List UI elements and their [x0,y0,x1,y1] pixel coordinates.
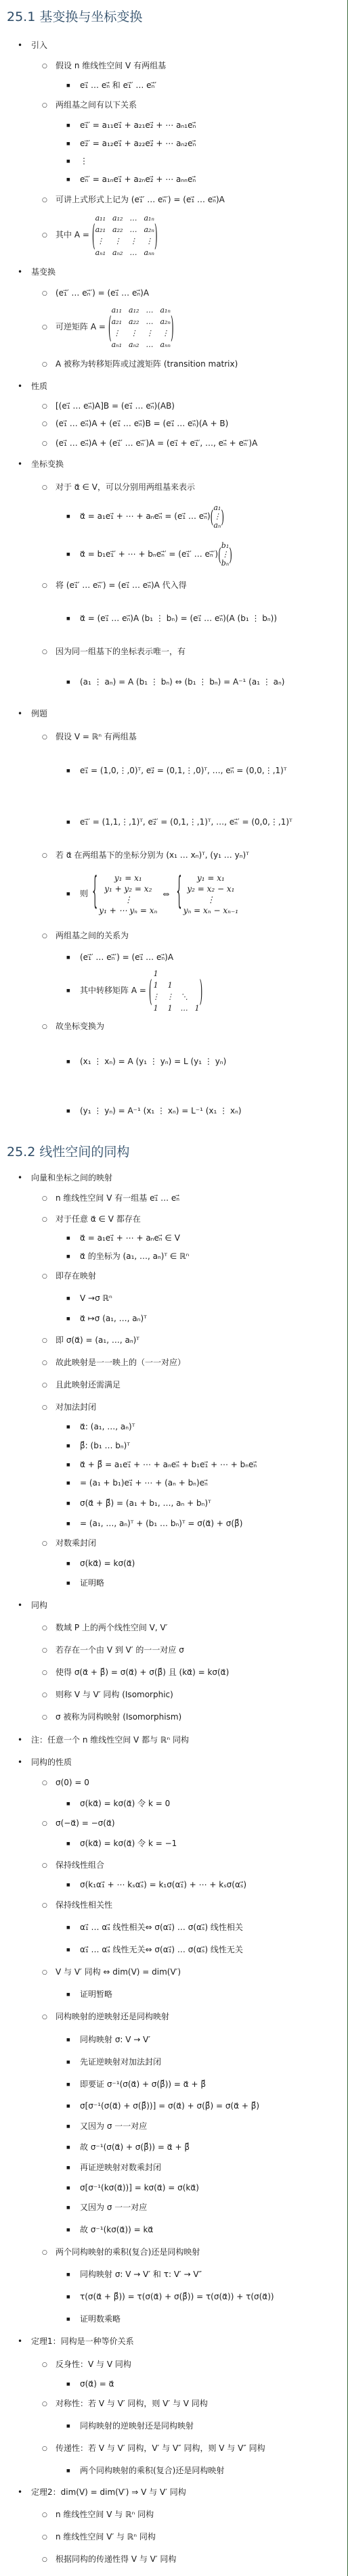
matrix-cell: a₁ₙ [144,212,154,224]
matrix-cell: ⋱ [181,991,188,1003]
list-item-level-2: 可讲上式形式上记为 (e₁⃗′ … eₙ⃗′) = (e₁⃗ … eₙ⃗)A [56,193,225,206]
matrix-cell: ⋮ [112,327,122,339]
item-text: 因为同一组基下的坐标表示唯一，有 [56,647,186,656]
list-item-level-3: α₁⃗ … αₛ⃗ 线性无关⇔ σ(α₁⃗) … σ(αₛ⃗) 线性无关 [80,1943,243,1956]
item-text: V →σ ℝⁿ [80,1293,112,1303]
list-item-level-1: 同构 [31,1599,47,1611]
item-text: 两个同构映射的乘积(复合)还是同构映射 [80,2466,224,2475]
item-text: 两个同构映射的乘积(复合)还是同构映射 [56,2247,200,2257]
list-item-level-3: σ(k₁α₁⃗ + ⋯ kₛαₛ⃗) = k₁σ(α₁⃗) + ⋯ + kₛσ(… [80,1879,246,1891]
list-item-level-1: 性质 [31,380,47,392]
item-text: = (a₁, …, aₙ)ᵀ + (b₁ … bₙ)ᵀ = σ(α⃗) + σ(… [80,1519,242,1528]
matrix-cell: a₁₁ [112,304,122,316]
item-text: 引入 [31,41,47,50]
item-text: σ 被称为同构映射 (Isomorphism) [56,1712,181,1722]
item-text: 同构 [31,1601,47,1610]
item-text: 对于 α⃗ ∈ V，可以分别用两组基来表示 [56,482,195,492]
matrix-cell [195,980,200,991]
item-text: 同构映射 σ: V → V′ 和 τ: V′ → V″ [80,2270,202,2279]
item-text: 使得 σ(α⃗ + β⃗) = σ(α⃗) + σ(β⃗) 且 (kα⃗) = … [56,1667,229,1677]
item-text: 例题 [31,709,47,718]
list-item-level-2: A 被称为转移矩阵或过渡矩阵 (transition matrix) [56,358,238,370]
item-text: σ(α⃗) = α⃗ [80,2379,114,2389]
vector-entries: b₁⋮bₙ [221,541,230,568]
item-text: 假设 V = ℝⁿ 有两组基 [56,732,137,741]
left-paren: ( [149,906,152,1076]
item-text: 可逆矩阵 A = [56,322,106,331]
list-item-level-3: 同构映射 σ: V → V′ [80,2033,150,2046]
item-text: (y₁ ⋮ yₙ) = A⁻¹ (x₁ ⋮ xₙ) = L⁻¹ (x₁ ⋮ xₙ… [80,1106,242,1115]
matrix-cell: a₂₁ [112,316,122,327]
item-text: α⃗: (a₁, …, aₙ)ᵀ [80,1422,135,1431]
item-text: = (a₁ + b₁)e₁⃗ + ⋯ + (aₙ + bₙ)eₙ⃗ [80,1478,208,1488]
item-text: 故 σ⁻¹(σ(α⃗) + σ(β⃗)) = α⃗ + β⃗ [80,2142,190,2152]
item-text: 故此映射是一一映上的（一一对应） [56,1358,186,1367]
matrix-cell: ⋮ [112,235,123,247]
list-item-level-3: 即要证 σ⁻¹(σ(α⃗) + σ(β⃗)) = α⃗ + β⃗ [80,2078,206,2090]
list-item-level-2: [(e₁⃗ … eₙ⃗)A]B = (e₁⃗ … eₙ⃗)(AB) [56,400,175,412]
list-item-level-2: 故此映射是一一映上的（一一对应） [56,1356,186,1368]
item-text: 保持线性相关性 [56,1900,112,1910]
list-item-level-2: 对于任意 α⃗ ∈ V 都存在 [56,1213,141,1225]
item-text: 同构映射的逆映射还是同构映射 [80,2421,194,2431]
list-item-level-2: (e₁⃗ … eₙ⃗)A + (e₁⃗ … eₙ⃗)B = (e₁⃗ … eₙ⃗… [56,417,228,430]
item-text: e₁⃗′ = (1,1,⋮,1)ᵀ, e₂⃗′ = (0,1,⋮,1)ᵀ, …,… [80,817,292,827]
list-item-level-2: 则称 V 与 V′ 同构 (Isomorphic) [56,1688,173,1701]
matrix-grid: 111⋮⋮⋱11…1 [152,968,200,1014]
matrix-cell: ⋮ [160,327,170,339]
item-text: 对称性：若 V 与 V′ 同构，则 V′ 与 V 同构 [56,2399,208,2408]
item-text: 则 [80,889,88,898]
vector-entry: bₙ [221,559,230,568]
item-text: 定理2：dim(V) = dim(V′) ⇒ V 与 V′ 同构 [31,2487,186,2497]
matrix-cell: … [129,224,137,235]
list-item-level-3: e₁⃗ = (1,0,⋮,0)ᵀ, e₂⃗ = (0,1,⋮,0)ᵀ, …, e… [80,764,286,777]
matrix: (a₁₁a₁₂…a₁ₙa₂₁a₂₂…a₂ₙ⋮⋮⋮⋮aₙ₁aₙ₂…aₙₙ) [92,212,158,259]
item-text: 注：任意一个 n 维线性空间 V 都与 ℝⁿ 同构 [31,1735,189,1745]
matrix-cell: a₁₁ [95,212,106,224]
list-item-level-3: 先证逆映射对加法封闭 [80,2056,161,2068]
item-text: (e₁⃗ … eₙ⃗)A + (e₁⃗ … eₙ⃗)B = (e₁⃗ … eₙ⃗… [56,419,228,428]
list-item-level-3: e₁⃗ … eₙ⃗ 和 e₁⃗′ … eₙ⃗′ [80,79,156,91]
right-paren: ) [229,522,232,587]
matrix-cell: … [129,247,137,258]
list-item-level-3: 其中转移矩阵 A =(111⋮⋮⋱11…1) [80,967,202,1015]
matrix-cell: 1 [167,1003,174,1014]
item-text: e₂⃗′ = a₁₂e₁⃗ + a₂₂e₂⃗ + ⋯ aₙ₂eₙ⃗ [80,139,196,148]
matrix-grid: a₁₁a₁₂…a₁ₙa₂₁a₂₂…a₂ₙ⋮⋮⋮⋮aₙ₁aₙ₂…aₙₙ [112,304,171,350]
item-text: 两组基之间有以下关系 [56,100,137,110]
list-item-level-2: 假设 n 维线性空间 V 有两组基 [56,60,166,72]
matrix-cell: aₙₙ [160,339,170,350]
list-item-level-3: (y₁ ⋮ yₙ) = A⁻¹ (x₁ ⋮ xₙ) = L⁻¹ (x₁ ⋮ xₙ… [80,1105,242,1117]
item-text: 同构映射的逆映射还是同构映射 [56,2012,169,2021]
list-item-level-2: 对数乘封闭 [56,1537,96,1549]
matrix-cell: a₂₁ [95,224,106,235]
matrix-cell: 1 [195,1003,200,1014]
matrix-cell: ⋮ [95,235,106,247]
item-text: σ[σ⁻¹(kσ(α⃗))] = kσ(α⃗) = σ(kα⃗) [80,2183,199,2192]
list-item-level-2: n 维线性空间 V 有一组基 e₁⃗ … eₙ⃗ [56,1192,179,1204]
item-text: 假设 n 维线性空间 V 有两组基 [56,61,166,70]
matrix-grid: a₁₁a₁₂…a₁ₙa₂₁a₂₂…a₂ₙ⋮⋮⋮⋮aₙ₁aₙ₂…aₙₙ [95,212,154,258]
matrix-cell: aₙ₁ [112,339,122,350]
matrix-cell: a₂₂ [129,316,139,327]
equivalence-symbol: ⇔ [162,871,169,918]
list-item-level-3: α⃗ + β⃗ = a₁e₁⃗ + ⋯ + aₙeₙ⃗ + b₁e₁⃗ + ⋯ … [80,1458,257,1471]
item-text: σ(−α⃗) = −σ(α⃗) [56,1818,115,1828]
matrix-cell [195,991,200,1003]
list-item-level-3: 证明暂略 [80,1988,112,2000]
list-item-level-2: 其中 A =(a₁₁a₁₂…a₁ₙa₂₁a₂₂…a₂ₙ⋮⋮⋮⋮aₙ₁aₙ₂…aₙ… [56,211,158,259]
item-text: α₁⃗ … αₛ⃗ 线性相关⇔ σ(α₁⃗) … σ(αₛ⃗) 线性相关 [80,1923,243,1932]
list-item-level-3: e₁⃗′ = a₁₁e₁⃗ + a₂₁e₂⃗ + ⋯ aₙ₁eₙ⃗ [80,119,196,131]
item-text: 同构映射 σ: V → V′ [80,2035,150,2044]
item-text: σ(α⃗ + β⃗) = (a₁ + b₁, …, aₙ + bₙ)ᵀ [80,1498,211,1508]
item-text: 性质 [31,382,47,391]
list-item-level-3: σ(α⃗) = α⃗ [80,2378,114,2390]
item-text: (a₁ ⋮ aₙ) = A (b₁ ⋮ bₙ) ⇔ (b₁ ⋮ bₙ) = A⁻… [80,677,284,687]
list-item-level-3: 又因为 σ 一一对应 [80,2120,147,2132]
list-item-level-3: (a₁ ⋮ aₙ) = A (b₁ ⋮ bₙ) ⇔ (b₁ ⋮ bₙ) = A⁻… [80,676,284,688]
matrix-cell [167,968,174,980]
matrix-cell: a₁₂ [129,304,139,316]
item-text: (e₁⃗ … eₙ⃗)A + (e₁⃗′ … eₙ⃗′)A = (e₁⃗ + e… [56,438,257,448]
list-item-level-2: (e₁⃗ … eₙ⃗)A + (e₁⃗′ … eₙ⃗′)A = (e₁⃗ + e… [56,437,257,449]
item-text: σ(0) = 0 [56,1778,89,1787]
list-item-level-3: = (a₁, …, aₙ)ᵀ + (b₁ … bₙ)ᵀ = σ(α⃗) + σ(… [80,1517,242,1529]
system-equation: ⋮ [206,894,215,905]
item-text: 将 (e₁⃗′ … eₙ⃗′) = (e₁⃗ … eₙ⃗)A 代入得 [56,580,187,590]
item-text: 且此映射还需满足 [56,1380,121,1389]
item-text: 其中转移矩阵 A = [80,986,146,995]
item-text: V 与 V′ 同构 ⇔ dim(V) = dim(V′) [56,1967,181,1977]
list-item-level-1: 定理2：dim(V) = dim(V′) ⇒ V 与 V′ 同构 [31,2486,186,2498]
matrix-cell: ⋮ [129,327,139,339]
matrix-cell: a₁ₙ [160,304,170,316]
list-item-level-1: 坐标变换 [31,458,64,470]
item-text: 反身性：V 与 V 同构 [56,2360,131,2369]
item-text: 对加法封闭 [56,1402,96,1412]
matrix-cell: … [129,212,137,224]
item-text: 若存在一个由 V 到 V′ 的一一对应 σ [56,1645,184,1655]
system-equation: y₂ = x₂ − x₁ [187,883,234,894]
list-item-level-3: σ[σ⁻¹(kσ(α⃗))] = kσ(α⃗) = σ(kα⃗) [80,2182,199,2194]
right-paren: ) [171,242,174,413]
item-text: α₁⃗ … αₛ⃗ 线性无关⇔ σ(α₁⃗) … σ(αₛ⃗) 线性无关 [80,1945,243,1954]
list-item-level-2: 根据同构的传递性得 V 与 V′ 同构 [56,2553,176,2565]
system-equation: y₁ = x₁ [114,873,142,883]
system-right: y₁ = x₁y₂ = x₂ − x₁⋮yₙ = xₙ − xₙ₋₁ [183,873,238,916]
list-item-level-2: 保持线性组合 [56,1859,104,1871]
list-item-level-3: = (a₁ + b₁)e₁⃗ + ⋯ + (aₙ + bₙ)eₙ⃗ [80,1477,208,1489]
section-heading: 25.2 线性空间的同构 [0,1143,129,1161]
item-text: 则称 V 与 V′ 同构 (Isomorphic) [56,1690,173,1699]
matrix: (111⋮⋮⋱11…1) [149,967,202,1015]
matrix-cell: a₂ₙ [144,224,154,235]
system-equation: yₙ = xₙ − xₙ₋₁ [183,905,238,916]
item-text: 证明暂略 [80,1990,112,1999]
matrix-cell: ⋮ [144,235,154,247]
list-item-level-3: (x₁ ⋮ xₙ) = A (y₁ ⋮ yₙ) = L (y₁ ⋮ yₙ) [80,1055,226,1067]
item-text: 坐标变换 [31,459,64,469]
item-text: σ[σ⁻¹(σ(α⃗) + σ(β⃗))] = σ(α⃗) + σ(β⃗) = … [80,2101,259,2111]
item-text: 又因为 σ 一一对应 [80,2121,147,2131]
list-item-level-1: 基变换 [31,266,56,278]
item-text: 传递性：若 V 与 V′ 同构，V′ 与 V″ 同构，则 V 与 V″ 同构 [56,2443,265,2453]
list-item-level-3: β⃗: (b₁ … bₙ)ᵀ [80,1440,130,1452]
list-item-level-3: 则{y₁ = x₁y₁ + y₂ = x₂⋮y₁ + ⋯ yₙ = xₙ⇔{y₁… [80,870,238,918]
matrix-cell: … [146,316,153,327]
item-text: τ(σ(α⃗ + β⃗)) = τ(σ(α⃗) + σ(β⃗)) = τ(σ(α… [80,2292,274,2301]
item-text: α⃗ = (e₁⃗ … eₙ⃗)A (b₁ ⋮ bₙ) = (e₁⃗ … eₙ⃗… [80,614,277,623]
list-item-level-3: σ(kα⃗) = kσ(α⃗) [80,1557,135,1569]
item-text: 证明数乘略 [80,2314,121,2324]
list-item-level-2: 保持线性相关性 [56,1899,112,1911]
list-item-level-2: 两组基之间的关系为 [56,929,129,942]
list-item-level-2: n 维线性空间 V 与 ℝⁿ 同构 [56,2508,154,2521]
item-text: 若 α⃗ 在两组基下的坐标分别为 (x₁ … xₙ)ᵀ, (y₁ … yₙ)ᵀ [56,850,249,860]
item-text: 其中 A = [56,230,89,239]
matrix-cell: a₂₂ [112,224,123,235]
list-item-level-2: 故坐标变换为 [56,1020,104,1032]
matrix-cell: aₙ₂ [112,247,123,258]
item-text: σ(kα⃗) = kσ(α⃗) 令 k = −1 [80,1839,177,1848]
equation-system: {y₁ = x₁y₁ + y₂ = x₂⋮y₁ + ⋯ yₙ = xₙ⇔{y₁ … [91,871,238,918]
list-item-level-3: V →σ ℝⁿ [80,1292,112,1304]
list-item-level-2: 对于 α⃗ ∈ V，可以分别用两组基来表示 [56,481,195,493]
item-text: 保持线性组合 [56,1860,104,1870]
item-text: 即存在映射 [56,1271,96,1281]
vector-entry: ⋮ [213,512,221,521]
list-item-level-2: 即 σ(α⃗) = (a₁, …, aₙ)ᵀ [56,1334,139,1346]
list-item-level-2: 数域 P 上的两个线性空间 V, V′ [56,1621,167,1634]
item-text: α⃗ 的坐标为 (a₁, …, aₙ)ᵀ ∈ ℝⁿ [80,1251,189,1261]
item-text: β⃗: (b₁ … bₙ)ᵀ [80,1441,130,1450]
item-text: 即要证 σ⁻¹(σ(α⃗) + σ(β⃗)) = α⃗ + β⃗ [80,2079,206,2089]
item-text: α⃗ = a₁e₁⃗ + ⋯ + aₙeₙ⃗ ∈ V [80,1233,180,1243]
item-text: σ(k₁α₁⃗ + ⋯ kₛαₛ⃗) = k₁σ(α₁⃗) + ⋯ + kₛσ(… [80,1880,246,1889]
item-text: 即 σ(α⃗) = (a₁, …, aₙ)ᵀ [56,1335,139,1345]
list-item-level-3: e₁⃗′ = (1,1,⋮,1)ᵀ, e₂⃗′ = (0,1,⋮,1)ᵀ, …,… [80,816,292,828]
list-item-level-2: 同构映射的逆映射还是同构映射 [56,2010,169,2023]
matrix-cell [195,968,200,980]
matrix-cell: ⋮ [146,327,153,339]
item-text: σ(kα⃗) = kσ(α⃗) [80,1559,135,1568]
item-text: ⋮ [80,156,88,166]
matrix-cell: ⋮ [167,991,174,1003]
matrix-cell: … [146,339,153,350]
item-text: 先证逆映射对加法封闭 [80,2057,161,2067]
list-item-level-3: α⃗ = (e₁⃗ … eₙ⃗)A (b₁ ⋮ bₙ) = (e₁⃗ … eₙ⃗… [80,612,277,624]
list-item-level-2: 使得 σ(α⃗ + β⃗) = σ(α⃗) + σ(β⃗) 且 (kα⃗) = … [56,1666,229,1678]
matrix-cell: aₙ₁ [95,247,106,258]
system-equation: y₁ = x₁ [197,873,225,883]
right-paren: ) [154,150,158,321]
matrix-cell: a₂ₙ [160,316,170,327]
list-item-level-3: α⃗ ↦σ (a₁, …, aₙ)ᵀ [80,1312,147,1325]
list-item-level-2: (e₁⃗′ … eₙ⃗′) = (e₁⃗ … eₙ⃗)A [56,287,149,299]
list-item-level-2: 即存在映射 [56,1270,96,1282]
list-item-level-3: α₁⃗ … αₛ⃗ 线性相关⇔ σ(α₁⃗) … σ(αₛ⃗) 线性相关 [80,1921,243,1933]
list-item-level-3: eₙ⃗′ = a₁ₙe₁⃗ + a₂ₙe₂⃗ + ⋯ aₙₙeₙ⃗ [80,173,196,185]
left-brace: { [176,795,181,994]
item-text: 向量和坐标之间的映射 [31,1173,112,1182]
list-item-level-3: α⃗ = a₁e₁⃗ + ⋯ + aₙeₙ⃗ ∈ V [80,1232,180,1244]
item-text: n 维线性空间 V′ 与 ℝⁿ 同构 [56,2532,156,2541]
item-text: eₙ⃗′ = a₁ₙe₁⃗ + a₂ₙe₂⃗ + ⋯ aₙₙeₙ⃗ [80,175,196,184]
matrix-cell: aₙₙ [144,247,154,258]
list-item-level-1: 注：任意一个 n 维线性空间 V 都与 ℝⁿ 同构 [31,1734,189,1746]
list-item-level-3: 同构映射 σ: V → V′ 和 τ: V′ → V″ [80,2268,202,2280]
item-text: 对于任意 α⃗ ∈ V 都存在 [56,1214,141,1224]
matrix-cell: aₙ₂ [129,339,139,350]
column-vector: (b₁⋮bₙ) [218,540,232,570]
item-text: α⃗ + β⃗ = a₁e₁⃗ + ⋯ + aₙeₙ⃗ + b₁e₁⃗ + ⋯ … [80,1460,257,1469]
left-paren: ( [108,242,112,413]
item-text: 对数乘封闭 [56,1538,96,1548]
item-text: (e₁⃗′ … eₙ⃗′) = (e₁⃗ … eₙ⃗)A [80,952,173,962]
item-text: 证明略 [80,1578,104,1588]
left-paren: ( [218,522,221,587]
list-item-level-2: 对称性：若 V 与 V′ 同构，则 V′ 与 V 同构 [56,2397,208,2410]
item-text: 可讲上式形式上记为 (e₁⃗′ … eₙ⃗′) = (e₁⃗ … eₙ⃗)A [56,195,225,204]
matrix-cell: ⋮ [129,235,137,247]
list-item-level-2: σ(−α⃗) = −σ(α⃗) [56,1817,115,1829]
item-text: 故坐标变换为 [56,1021,104,1031]
system-equation: y₁ + y₂ = x₂ [104,883,152,894]
list-item-level-2: n 维线性空间 V′ 与 ℝⁿ 同构 [56,2531,156,2543]
matrix: (a₁₁a₁₂…a₁ₙa₂₁a₂₂…a₂ₙ⋮⋮⋮⋮aₙ₁aₙ₂…aₙₙ) [108,304,174,351]
list-item-level-3: α⃗: (a₁, …, aₙ)ᵀ [80,1421,135,1433]
matrix-cell: 1 [152,1003,160,1014]
item-text: (x₁ ⋮ xₙ) = A (y₁ ⋮ yₙ) = L (y₁ ⋮ yₙ) [80,1057,226,1066]
list-item-level-2: 因为同一组基下的坐标表示唯一，有 [56,645,186,658]
item-text: α⃗ = a₁e₁⃗ + ⋯ + aₙeₙ⃗ = (e₁⃗ … eₙ⃗) [80,511,211,521]
list-item-level-2: 若 α⃗ 在两组基下的坐标分别为 (x₁ … xₙ)ᵀ, (y₁ … yₙ)ᵀ [56,849,249,861]
list-item-level-2: 将 (e₁⃗′ … eₙ⃗′) = (e₁⃗ … eₙ⃗)A 代入得 [56,579,187,591]
list-item-level-2: 两组基之间有以下关系 [56,99,137,111]
system-equation: ⋮ [124,894,132,905]
matrix-cell: … [181,1003,188,1014]
list-item-level-3: 两个同构映射的乘积(复合)还是同构映射 [80,2464,224,2477]
item-text: 定理1：同构是一种等价关系 [31,2337,134,2346]
list-item-level-2: σ(0) = 0 [56,1776,89,1789]
item-text: α⃗ = b₁e₁⃗′ + ⋯ + bₙeₙ⃗′ = (e₁⃗′ … eₙ⃗′) [80,549,218,559]
item-text: 再证逆映射对数乘封闭 [80,2163,161,2172]
list-item-level-3: σ(α⃗ + β⃗) = (a₁ + b₁, …, aₙ + bₙ)ᵀ [80,1497,211,1509]
item-text: 数域 P 上的两个线性空间 V, V′ [56,1623,167,1632]
list-item-level-3: 故 σ⁻¹(σ(α⃗) + σ(β⃗)) = α⃗ + β⃗ [80,2141,190,2153]
item-text: σ(kα⃗) = kσ(α⃗) 令 k = 0 [80,1799,170,1808]
list-item-level-3: e₂⃗′ = a₁₂e₁⃗ + a₂₂e₂⃗ + ⋯ aₙ₂eₙ⃗ [80,137,196,149]
item-text: e₁⃗ = (1,0,⋮,0)ᵀ, e₂⃗ = (0,1,⋮,0)ᵀ, …, e… [80,766,286,775]
list-item-level-3: 又因为 σ 一一对应 [80,2201,147,2213]
section-heading: 25.1 基变换与坐标变换 [0,8,142,26]
list-item-level-2: V 与 V′ 同构 ⇔ dim(V) = dim(V′) [56,1966,181,1978]
item-text: 基变换 [31,267,56,277]
list-item-level-1: 例题 [31,708,47,720]
vector-entry: a₁ [213,503,221,512]
list-item-level-2: 两个同构映射的乘积(复合)还是同构映射 [56,2246,200,2258]
list-item-level-3: 同构映射的逆映射还是同构映射 [80,2420,194,2432]
list-item-level-1: 定理1：同构是一种等价关系 [31,2335,134,2347]
left-brace: { [92,795,97,994]
item-text: e₁⃗ … eₙ⃗ 和 e₁⃗′ … eₙ⃗′ [80,80,156,90]
matrix-cell: 1 [152,980,160,991]
matrix-cell: … [146,304,153,316]
item-text: [(e₁⃗ … eₙ⃗)A]B = (e₁⃗ … eₙ⃗)(AB) [56,401,175,411]
matrix-cell: a₁₂ [112,212,123,224]
matrix-cell: 1 [152,968,160,980]
list-item-level-2: σ 被称为同构映射 (Isomorphism) [56,1711,181,1723]
list-item-level-1: 引入 [31,39,47,51]
list-item-level-2: 可逆矩阵 A =(a₁₁a₁₂…a₁ₙa₂₁a₂₂…a₂ₙ⋮⋮⋮⋮aₙ₁aₙ₂…… [56,303,174,351]
item-text: n 维线性空间 V 有一组基 e₁⃗ … eₙ⃗ [56,1193,179,1203]
item-text: n 维线性空间 V 与 ℝⁿ 同构 [56,2510,154,2519]
list-item-level-3: σ(kα⃗) = kσ(α⃗) 令 k = 0 [80,1797,170,1810]
list-item-level-2: 假设 V = ℝⁿ 有两组基 [56,731,137,743]
item-text: 两组基之间的关系为 [56,931,129,940]
right-paren: ) [200,906,203,1076]
matrix-cell [181,968,188,980]
list-item-level-3: σ(kα⃗) = kσ(α⃗) 令 k = −1 [80,1837,177,1849]
list-item-level-3: ⋮ [80,155,88,167]
column-vector: (a₁⋮aₙ) [211,502,224,532]
matrix-cell: ⋮ [152,991,160,1003]
list-item-level-3: 故 σ⁻¹(kσ(α⃗)) = kα⃗ [80,2224,153,2236]
item-text: α⃗ ↦σ (a₁, …, aₙ)ᵀ [80,1314,147,1323]
list-item-level-2: 反身性：V 与 V 同构 [56,2358,131,2370]
list-item-level-3: τ(σ(α⃗ + β⃗)) = τ(σ(α⃗) + σ(β⃗)) = τ(σ(α… [80,2291,274,2303]
vector-entry: b₁ [221,541,229,550]
list-item-level-1: 同构的性质 [31,1756,72,1768]
item-text: 又因为 σ 一一对应 [80,2203,147,2212]
item-text: 同构的性质 [31,1757,72,1767]
item-text: (e₁⃗′ … eₙ⃗′) = (e₁⃗ … eₙ⃗)A [56,288,149,298]
list-item-level-3: α⃗ 的坐标为 (a₁, …, aₙ)ᵀ ∈ ℝⁿ [80,1250,189,1262]
matrix-cell: 1 [167,980,174,991]
item-text: e₁⃗′ = a₁₁e₁⃗ + a₂₁e₂⃗ + ⋯ aₙ₁eₙ⃗ [80,120,196,130]
list-item-level-3: 证明数乘略 [80,2313,121,2325]
list-item-level-3: α⃗ = a₁e₁⃗ + ⋯ + aₙeₙ⃗ = (e₁⃗ … eₙ⃗)(a₁⋮… [80,501,224,532]
item-text: 根据同构的传递性得 V 与 V′ 同构 [56,2554,176,2564]
item-text: A 被称为转移矩阵或过渡矩阵 (transition matrix) [56,359,238,369]
list-item-level-2: 对加法封闭 [56,1401,96,1413]
item-text: 故 σ⁻¹(kσ(α⃗)) = kα⃗ [80,2225,153,2234]
list-item-level-3: σ[σ⁻¹(σ(α⃗) + σ(β⃗))] = σ(α⃗) + σ(β⃗) = … [80,2100,259,2112]
list-item-level-2: 传递性：若 V 与 V′ 同构，V′ 与 V″ 同构，则 V 与 V″ 同构 [56,2442,265,2454]
list-item-level-3: α⃗ = b₁e₁⃗′ + ⋯ + bₙeₙ⃗′ = (e₁⃗′ … eₙ⃗′)… [80,539,232,570]
vector-entry: ⋮ [221,550,229,559]
list-item-level-3: 再证逆映射对数乘封闭 [80,2161,161,2173]
list-item-level-2: 且此映射还需满足 [56,1379,121,1391]
list-item-level-2: 若存在一个由 V 到 V′ 的一一对应 σ [56,1644,184,1656]
list-item-level-3: 证明略 [80,1577,104,1589]
list-item-level-3: (e₁⃗′ … eₙ⃗′) = (e₁⃗ … eₙ⃗)A [80,951,173,963]
list-item-level-1: 向量和坐标之间的映射 [31,1172,112,1184]
matrix-cell [181,980,188,991]
